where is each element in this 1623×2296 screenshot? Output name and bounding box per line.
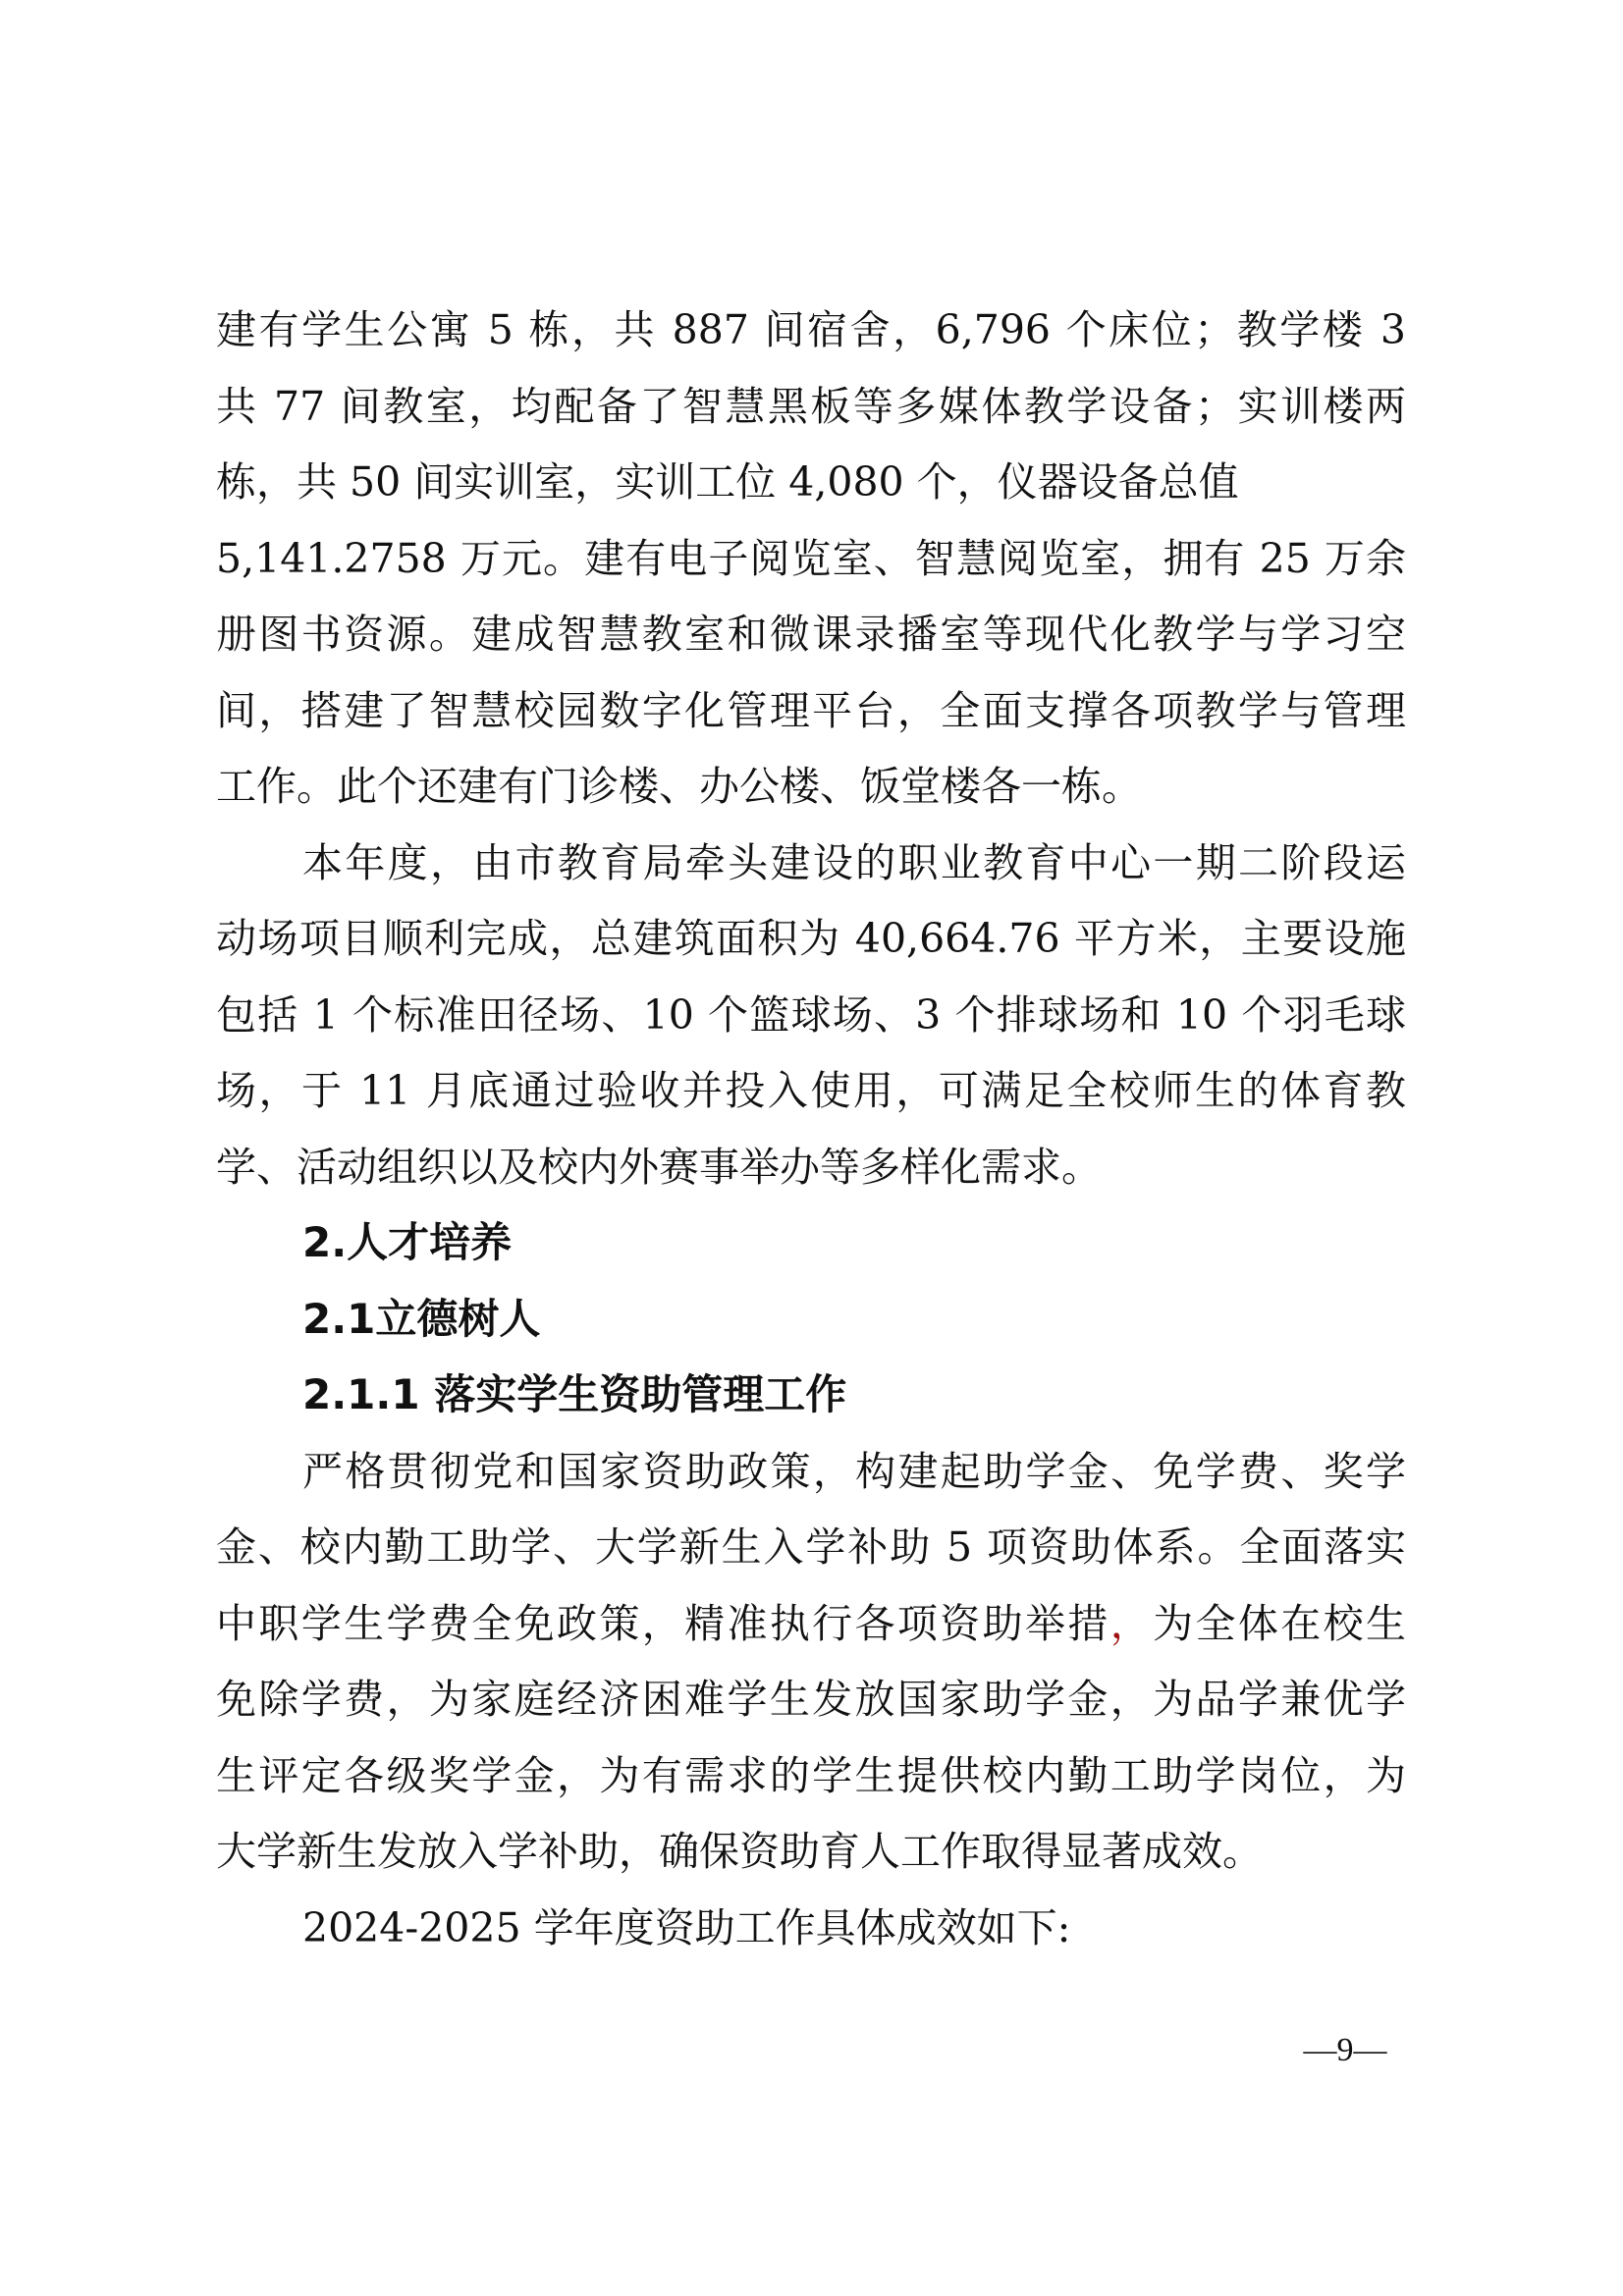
highlighted-comma: ， [1110,1600,1153,1647]
paragraph-line: 栋，共 50 间实训室，实训工位 4,080 个，仪器设备总值 [216,456,1406,507]
paragraph-line: 动场项目顺利完成，总建筑面积为 40,664.76 平方米，主要设施 [216,913,1406,964]
subsubsection-heading-2-1-1: 2.1.1 落实学生资助管理工作 [302,1369,1406,1420]
subsection-heading-2-1: 2.1立德树人 [302,1294,1406,1345]
paragraph-line: 本年度，由市教育局牵头建设的职业教育中心一期二阶段运 [302,837,1406,888]
paragraph-line-segment: 中职学生学费全免政策，精准执行各项资助举措 [216,1600,1110,1647]
paragraph-line-segment: 为全体在校生 [1153,1600,1406,1647]
paragraph-line: 免除学费，为家庭经济困难学生发放国家助学金，为品学兼优学 [216,1674,1406,1725]
paragraph-line: 5,141.2758 万元。建有电子阅览室、智慧阅览室，拥有 25 万余 [216,533,1406,584]
results-intro: 2024-2025 学年度资助工作具体成效如下: [302,1902,1406,1953]
paragraph-line: 建有学生公寓 5 栋，共 887 间宿舍，6,796 个床位；教学楼 3 栋， [216,304,1406,355]
paragraph-line: 包括 1 个标准田径场、10 个篮球场、3 个排球场和 10 个羽毛球 [216,989,1406,1041]
paragraph-line: 学、活动组织以及校内外赛事举办等多样化需求。 [216,1142,1406,1193]
paragraph-line: 生评定各级奖学金，为有需求的学生提供校内勤工助学岗位，为 [216,1750,1406,1801]
paragraph-line: 大学新生发放入学补助，确保资助育人工作取得显著成效。 [216,1826,1406,1877]
section-heading-2: 2.人才培养 [302,1217,1406,1268]
paragraph-line: 场，于 11 月底通过验收并投入使用，可满足全校师生的体育教 [216,1065,1406,1116]
paragraph-line: 中职学生学费全免政策，精准执行各项资助举措，为全体在校生 [216,1598,1406,1649]
paragraph-line: 册图书资源。建成智慧教室和微课录播室等现代化教学与学习空 [216,609,1406,660]
paragraph-line: 金、校内勤工助学、大学新生入学补助 5 项资助体系。全面落实 [216,1522,1406,1573]
document-page: 建有学生公寓 5 栋，共 887 间宿舍，6,796 个床位；教学楼 3 栋， … [0,0,1623,2296]
paragraph-line: 严格贯彻党和国家资助政策，构建起助学金、免学费、奖学 [302,1446,1406,1497]
paragraph-line: 工作。此个还建有门诊楼、办公楼、饭堂楼各一栋。 [216,761,1406,812]
paragraph-line: 共 77 间教室，均配备了智慧黑板等多媒体教学设备；实训楼两 [216,381,1406,432]
page-number: —9— [1294,2030,1396,2071]
paragraph-line: 间，搭建了智慧校园数字化管理平台，全面支撑各项教学与管理 [216,685,1406,736]
